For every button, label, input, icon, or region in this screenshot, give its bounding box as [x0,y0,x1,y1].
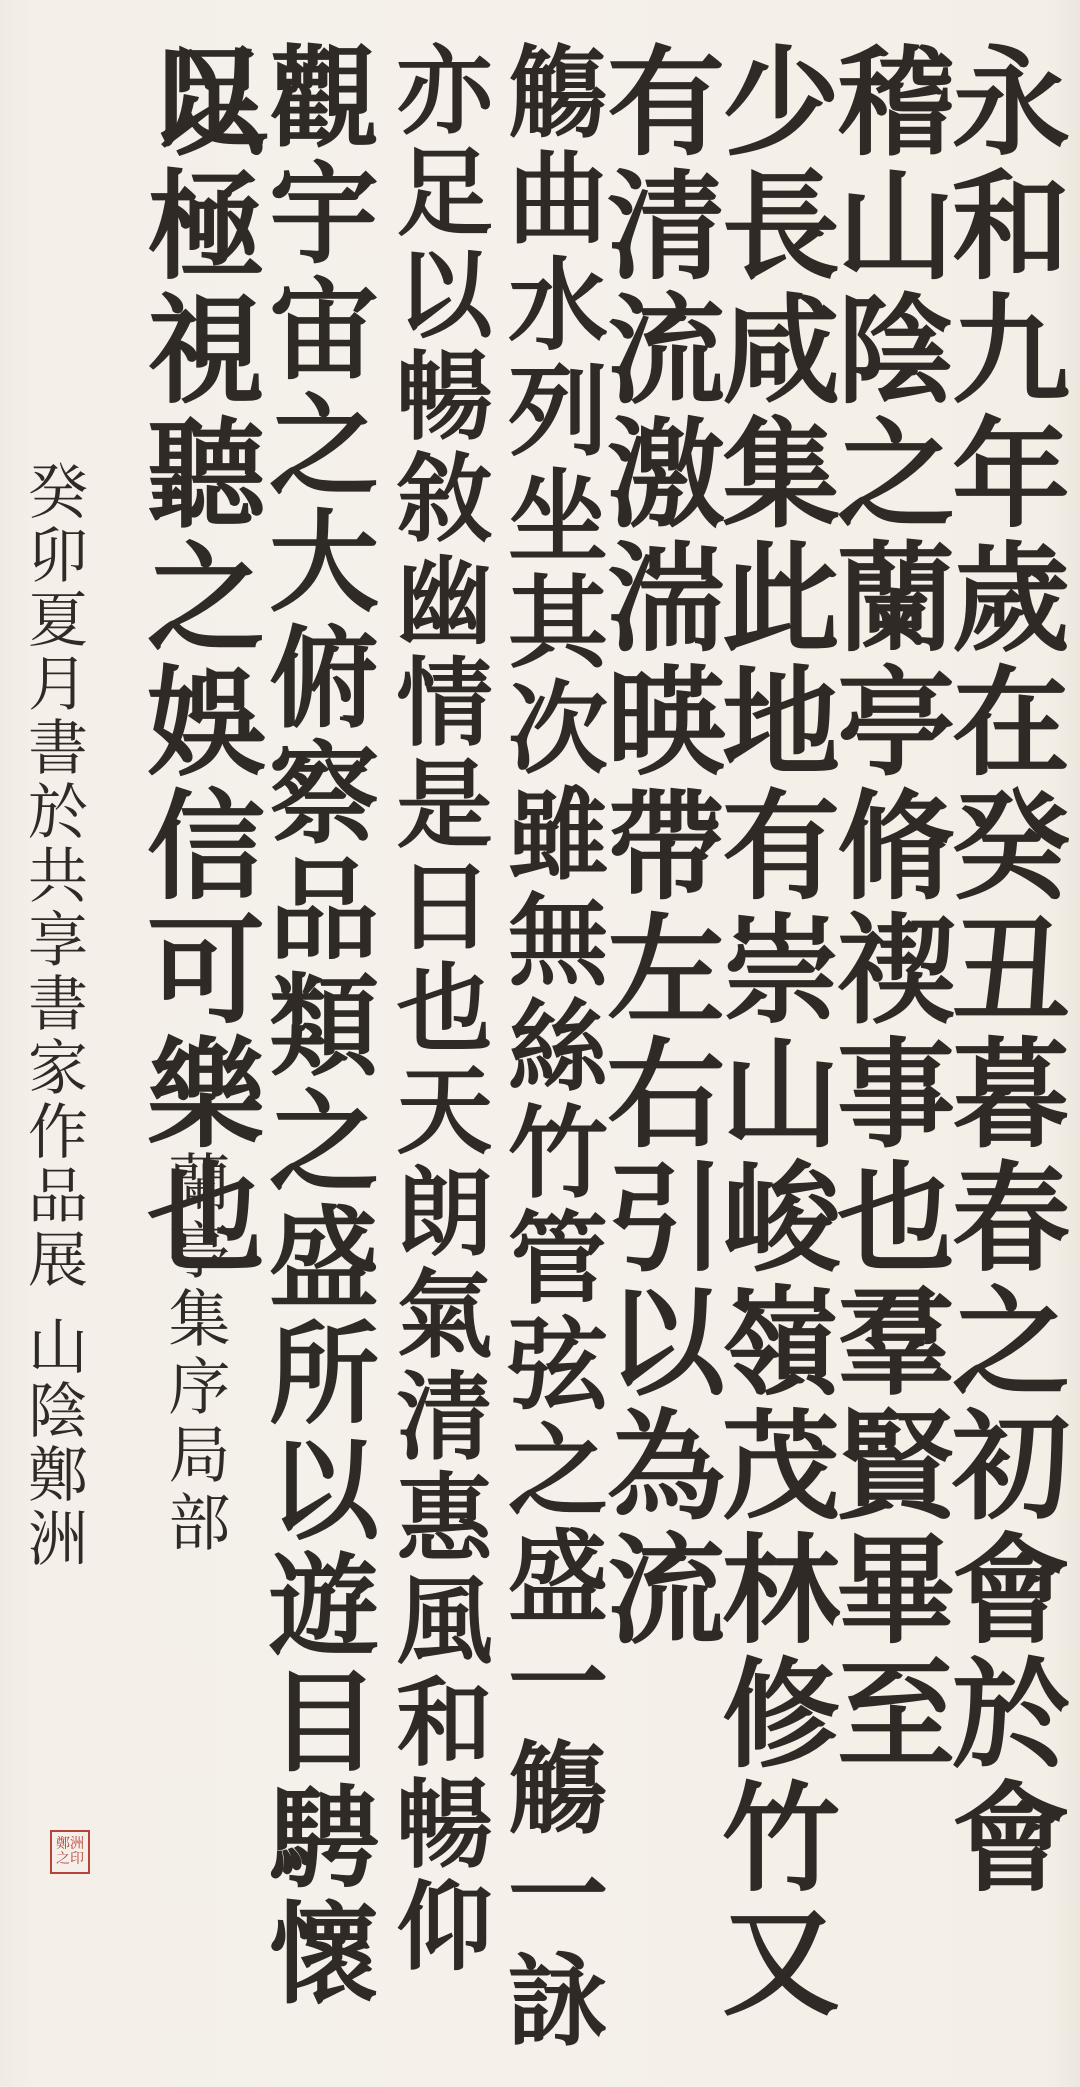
calligraphy-column-5: 觴曲水列坐其次雖無絲竹管弦之盛一觴一詠 [500,40,600,2054]
calligraphy-column-4: 有清流激湍暎帶左右引以為流 [597,40,715,1652]
red-seal-stamp: 鄭洲之印 [50,1830,90,1874]
signature-inscription: 癸卯夏月書於共享書家作品展 山陰鄭洲 [10,460,96,1810]
calligraphy-column-2: 稽山陰之蘭亭脩禊事也羣賢畢至 [827,40,945,1776]
calligraphy-column-1: 永和九年歲在癸丑暮春之初會於會 [942,40,1060,1900]
calligraphy-column-8: 以極視聽之娛信可樂也 [137,40,255,1280]
title-inscription: 蘭亭集序局部 [150,1150,239,1558]
calligraphy-column-6: 亦足以暢敘幽情是日也天朗氣清惠風和暢仰 [389,40,485,1978]
calligraphy-column-3: 少長咸集此地有崇山峻嶺茂林修竹又 [712,40,830,2024]
